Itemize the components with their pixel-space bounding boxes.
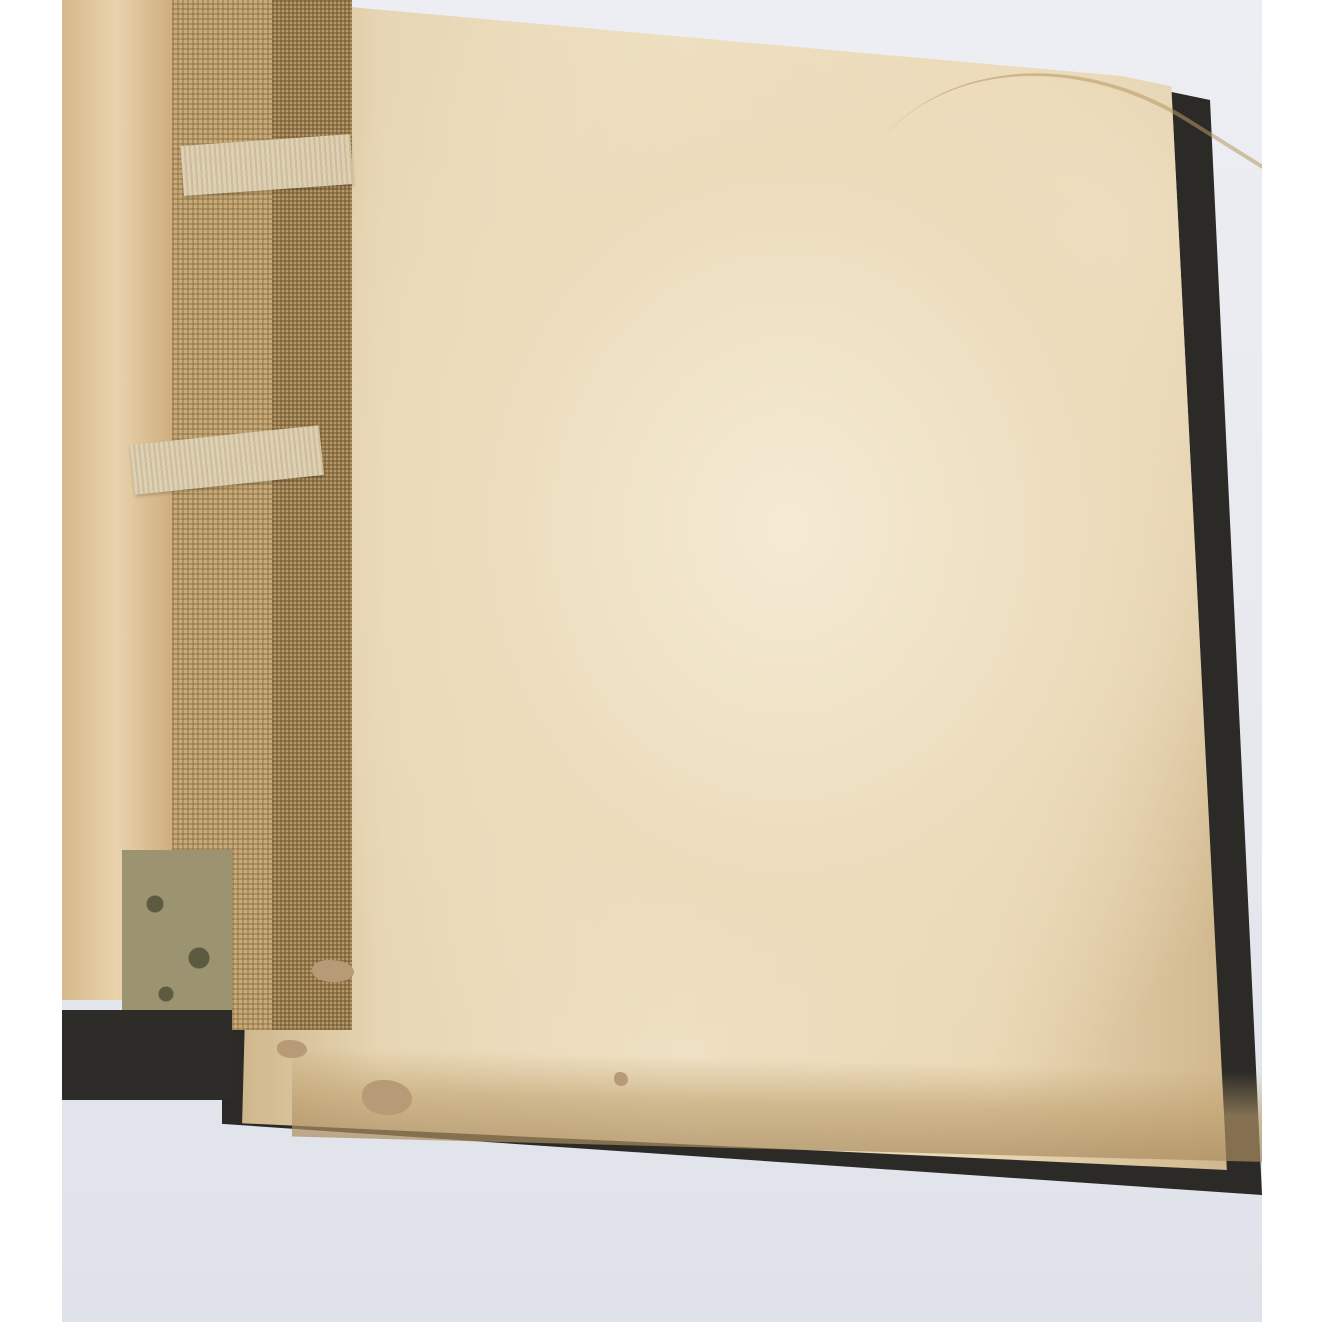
paper-flake	[277, 1040, 307, 1058]
paper-flake	[614, 1072, 628, 1086]
paper-flake	[312, 960, 354, 982]
spine-cover-corner	[62, 1010, 232, 1100]
book-photo: Photograph of the opened front inside co…	[62, 0, 1262, 1322]
paper-flake	[362, 1080, 412, 1115]
marbled-board	[122, 850, 232, 1030]
